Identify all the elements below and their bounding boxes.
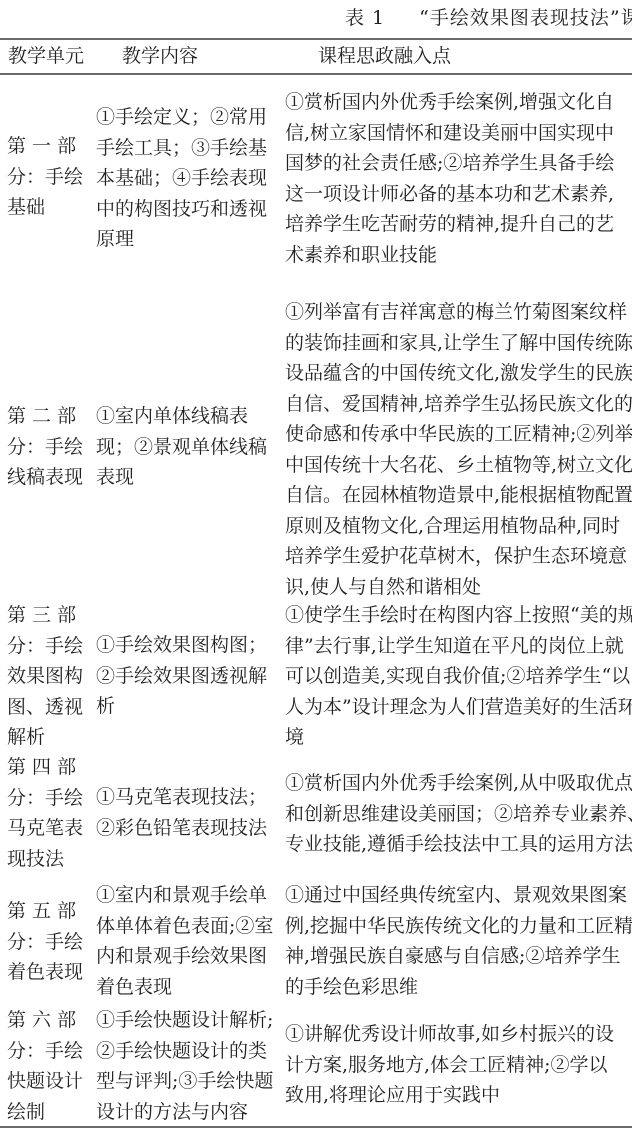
header-teaching-content: 教学内容 <box>122 40 198 73</box>
table-row: 第 四 部 分：手绘 马克笔表 现技法 ①马克笔表现技法； ②彩色铅笔表现技法 … <box>0 752 632 874</box>
cell-content: ①室内单体线稿表 现；②景观单体线稿 表现 <box>96 401 268 493</box>
table-bottom-rule <box>0 1126 632 1128</box>
table-row: 第 二 部 分：手绘 线稿表现 ①室内单体线稿表 现；②景观单体线稿 表现 ①列… <box>0 290 632 600</box>
cell-ideological-points: ①赏析国内外优秀手绘案例,增强文化自 信,树立家国情怀和建设美丽中国实现中 国梦… <box>285 87 630 270</box>
table-title: “手绘效果图表现技法”课 <box>419 7 632 29</box>
cell-unit: 第 五 部 分：手绘 着色表现 <box>7 896 87 988</box>
table-row: 第 一 部 分：手绘 基础 ①手绘定义；②常用 手绘工具；③手绘基 本基础；④手… <box>0 75 632 280</box>
table-caption: 表 1“手绘效果图表现技法”课 <box>345 6 632 30</box>
header-teaching-unit: 教学单元 <box>8 40 84 73</box>
cell-ideological-points: ①列举富有吉祥寓意的梅兰竹菊图案纹样 的装饰挂画和家具,让学生了解中国传统陈 设… <box>285 297 630 602</box>
table-number: 表 1 <box>345 6 385 30</box>
header-ideological-points: 课程思政融入点 <box>318 40 451 73</box>
cell-content: ①手绘快题设计解析; ②手绘快题设计的类 型与评判;③手绘快题 设计的方法与内容 <box>96 1005 268 1127</box>
cell-unit: 第 三 部 分：手绘 效果图构 图、透视 解析 <box>7 600 87 753</box>
cell-content: ①室内和景观手绘单 体单体着色表面;②室 内和景观手绘效果图 着色表现 <box>96 880 268 1002</box>
table-row: 第 六 部 分：手绘 快题设计 绘制 ①手绘快题设计解析; ②手绘快题设计的类 … <box>0 1005 632 1125</box>
table-row: 第 五 部 分：手绘 着色表现 ①室内和景观手绘单 体单体着色表面;②室 内和景… <box>0 880 632 1002</box>
cell-unit: 第 一 部 分：手绘 基础 <box>7 131 87 223</box>
table-header-row: 教学单元 教学内容 课程思政融入点 <box>0 40 632 73</box>
cell-unit: 第 六 部 分：手绘 快题设计 绘制 <box>7 1005 87 1127</box>
cell-content: ①手绘定义；②常用 手绘工具；③手绘基 本基础；④手绘表现 中的构图技巧和透视 … <box>96 102 268 255</box>
table-row: 第 三 部 分：手绘 效果图构 图、透视 解析 ①手绘效果图构图； ②手绘效果图… <box>0 600 632 750</box>
cell-ideological-points: ①通过中国经典传统室内、景观效果图案 例,挖掘中华民族传统文化的力量和工匠精 神… <box>285 880 630 1002</box>
cell-ideological-points: ①赏析国内外优秀手绘案例,从中吸取优点 和创新思维建设美丽国；②培养专业素养、 … <box>285 768 630 860</box>
cell-ideological-points: ①使学生手绘时在构图内容上按照“美的规 律”去行事,让学生知道在平凡的岗位上就 … <box>285 600 630 753</box>
cell-content: ①手绘效果图构图； ②手绘效果图透视解 析 <box>96 630 268 722</box>
cell-content: ①马克笔表现技法； ②彩色铅笔表现技法 <box>96 782 268 843</box>
cell-ideological-points: ①讲解优秀设计师故事,如乡村振兴的设 计方案,服务地方,体会工匠精神;②学以 致… <box>285 1019 630 1111</box>
cell-unit: 第 四 部 分：手绘 马克笔表 现技法 <box>7 752 87 874</box>
cell-unit: 第 二 部 分：手绘 线稿表现 <box>7 401 87 493</box>
